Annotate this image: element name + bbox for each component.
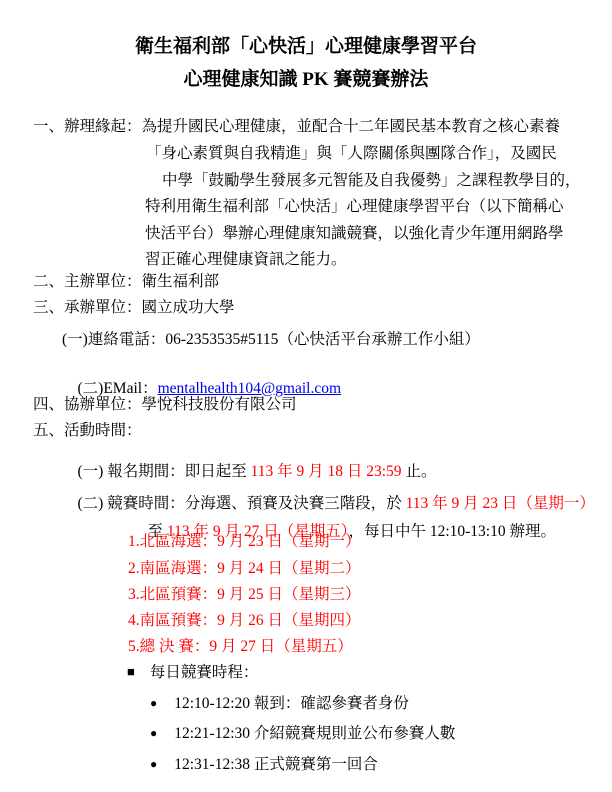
origin-paragraph-line-1: 一、辦理緣起：為提升國民心理健康，並配合十二年國民基本教育之核心素養 — [33, 117, 560, 136]
origin-paragraph-line-4: 特利用衛生福利部「心快活」心理健康學習平台（以下簡稱心 — [145, 197, 564, 216]
daily-schedule-item-row: ● 12:31-12:38 正式競賽第一回合 — [150, 755, 378, 775]
daily-schedule-heading: 每日競賽時程： — [150, 663, 259, 682]
host-organizer-line: 二、主辦單位：衛生福利部 — [33, 272, 219, 291]
undertaker-line: 三、承辦單位：國立成功大學 — [33, 298, 235, 317]
daily-schedule-item-row: ● 12:21-12:30 介紹競賽規則並公布參賽人數 — [150, 724, 455, 744]
document-title-line-2: 心理健康知識 PK 賽競賽辦法 — [0, 64, 612, 91]
activity-time-heading: 五、活動時間： — [33, 421, 142, 440]
origin-paragraph-line-5: 快活平台）舉辦心理健康知識競賽，以強化青少年運用網路學 — [145, 224, 564, 243]
stage-item-south-preliminary: 4.南區預賽：9 月 26 日（星期四） — [128, 611, 361, 630]
daily-schedule-heading-row: ■ 每日競賽時程： — [127, 663, 258, 682]
daily-schedule-item-row: ● 12:10-12:20 報到：確認參賽者身份 — [150, 694, 409, 714]
stage-item-final: 5.總 決 賽：9 月 27 日（星期五） — [128, 637, 353, 656]
competition-time-detail: ，每日中午 12:10-13:10 辦理。 — [348, 523, 556, 540]
stage-item-south-audition: 2.南區海選：9 月 24 日（星期二） — [128, 559, 361, 578]
daily-schedule-item-round1: 12:31-12:38 正式競賽第一回合 — [174, 755, 378, 774]
origin-paragraph-line-6: 習正確心理健康資訊之能力。 — [145, 250, 347, 269]
daily-schedule-item-checkin: 12:10-12:20 報到：確認參賽者身份 — [174, 694, 409, 713]
document-title-line-1: 衛生福利部「心快活」心理健康學習平台 — [0, 31, 612, 58]
contact-phone-line: (一)連絡電話：06-2353535#5115（心快活平台承辦工作小組） — [62, 330, 480, 349]
daily-schedule-item-rules: 12:21-12:30 介紹競賽規則並公布參賽人數 — [174, 724, 455, 743]
square-bullet-icon: ■ — [127, 662, 135, 681]
circle-bullet-icon: ● — [150, 755, 157, 774]
circle-bullet-icon: ● — [150, 724, 157, 743]
origin-paragraph-line-2: 「身心素質與自我精進」與「人際關係與團隊合作」，及國民 — [146, 144, 557, 163]
co-organizer-line: 四、協辦單位：學悅科技股份有限公司 — [33, 395, 297, 414]
document-page: 衛生福利部「心快活」心理健康學習平台 心理健康知識 PK 賽競賽辦法 一、辦理緣… — [0, 0, 612, 792]
origin-paragraph-line-3: 中學「鼓勵學生發展多元智能及自我優勢」之課程教學目的， — [162, 171, 581, 190]
stage-item-north-preliminary: 3.北區預賽：9 月 25 日（星期三） — [128, 585, 361, 604]
circle-bullet-icon: ● — [150, 694, 157, 713]
stage-item-north-audition: 1.北區海選：9 月 23 日（星期一） — [128, 532, 361, 551]
